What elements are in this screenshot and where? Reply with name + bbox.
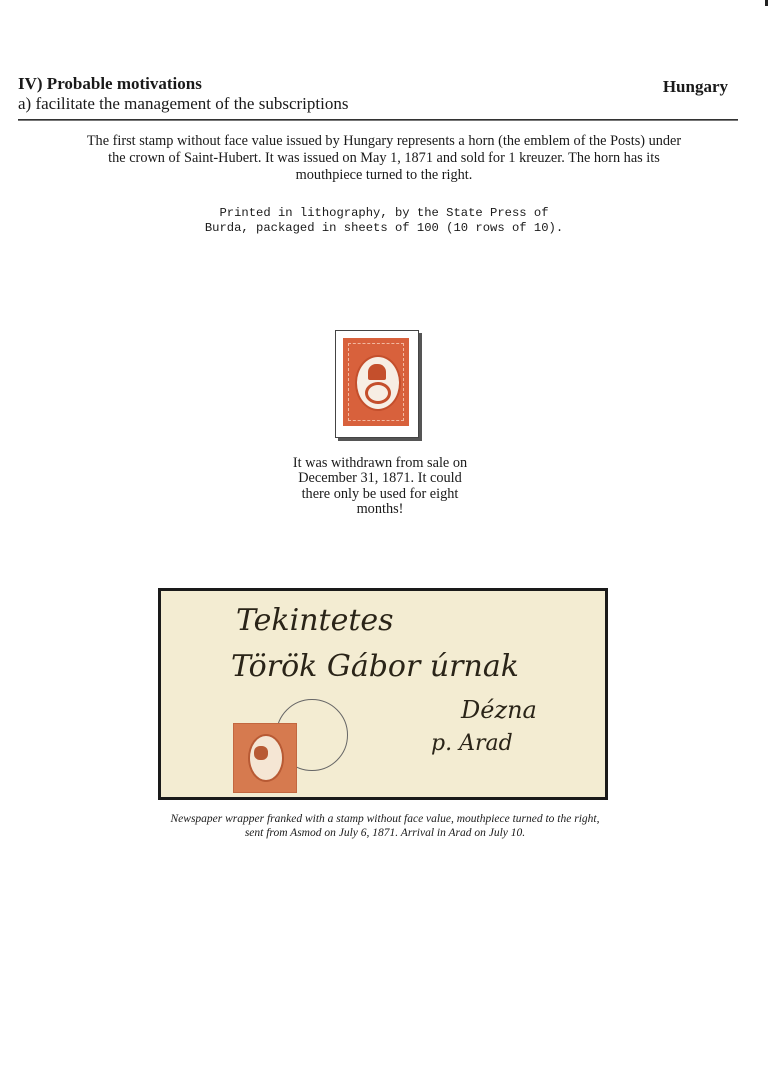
handwriting-line: p. Arad [431,731,513,756]
intro-paragraph: The first stamp without face value issue… [84,133,684,184]
printing-note: Printed in lithography, by the State Pre… [150,206,618,236]
header-divider [18,119,738,121]
withdrawn-note: It was withdrawn from sale on December 3… [290,456,470,518]
post-horn-icon [365,382,391,404]
section-title: IV) Probable motivations [18,74,202,94]
handwriting-line: Török Gábor úrnak [231,649,519,684]
handwriting-line: Tekintetes [236,603,394,638]
country-label: Hungary [663,77,728,97]
crown-icon [368,364,386,380]
handwriting-line: Dézna [461,696,537,724]
cover-mount: Tekintetes Török Gábor úrnak Dézna p. Ar… [158,588,608,800]
newspaper-wrapper-image: Tekintetes Török Gábor úrnak Dézna p. Ar… [161,591,605,797]
crown-icon [254,746,268,760]
cover-stamp-image [233,723,297,793]
cover-caption: Newspaper wrapper franked with a stamp w… [160,812,610,840]
subsection-title: a) facilitate the management of the subs… [18,94,348,114]
stamp-mount [335,330,419,438]
stamp-image [343,338,409,426]
